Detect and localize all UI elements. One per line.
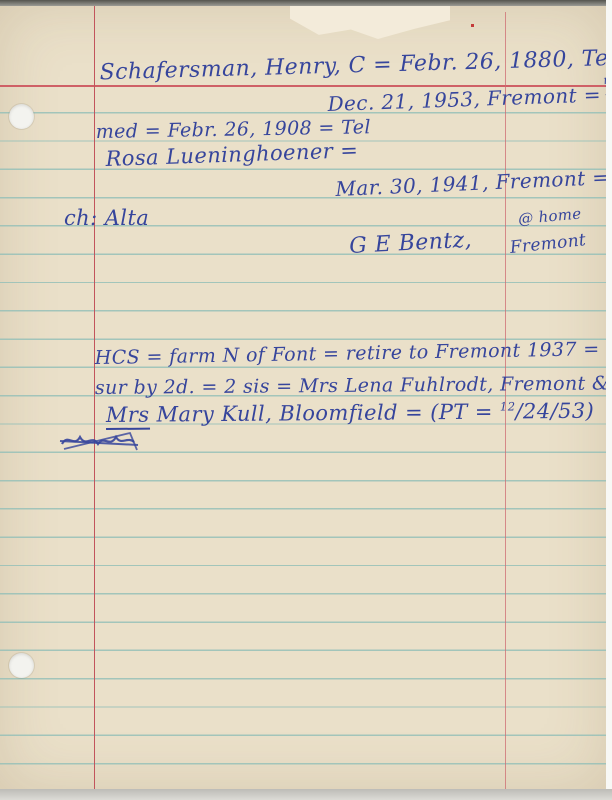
punch-hole-top: [9, 104, 34, 129]
scanned-document-page: Schafersman, Henry, C = Febr. 26, 1880, …: [0, 0, 612, 800]
notes-line-2: sur by 2d. = 2 sis = Mrs Lena Fuhlrodt, …: [95, 373, 610, 399]
notes-3-mid: Mary Kull, Bloomfield = (PT =: [149, 400, 500, 427]
children-line: ch: Alta: [64, 206, 149, 230]
crossed-out-scribble: [58, 428, 144, 456]
scanner-edge-right: [606, 0, 612, 800]
notes-3-underlined-word: Mrs: [106, 403, 150, 430]
red-ink-speck: [471, 24, 474, 27]
punch-hole-bottom: [9, 653, 34, 678]
scanner-edge-top: [0, 0, 612, 6]
notes-line-3: Mrs Mary Kull, Bloomfield = (PT = 12/24/…: [106, 399, 595, 427]
scanner-edge-bottom: [0, 789, 612, 800]
notes-3-tail: /24/53): [515, 399, 594, 424]
notes-3-superscript-date: 12: [500, 399, 516, 413]
